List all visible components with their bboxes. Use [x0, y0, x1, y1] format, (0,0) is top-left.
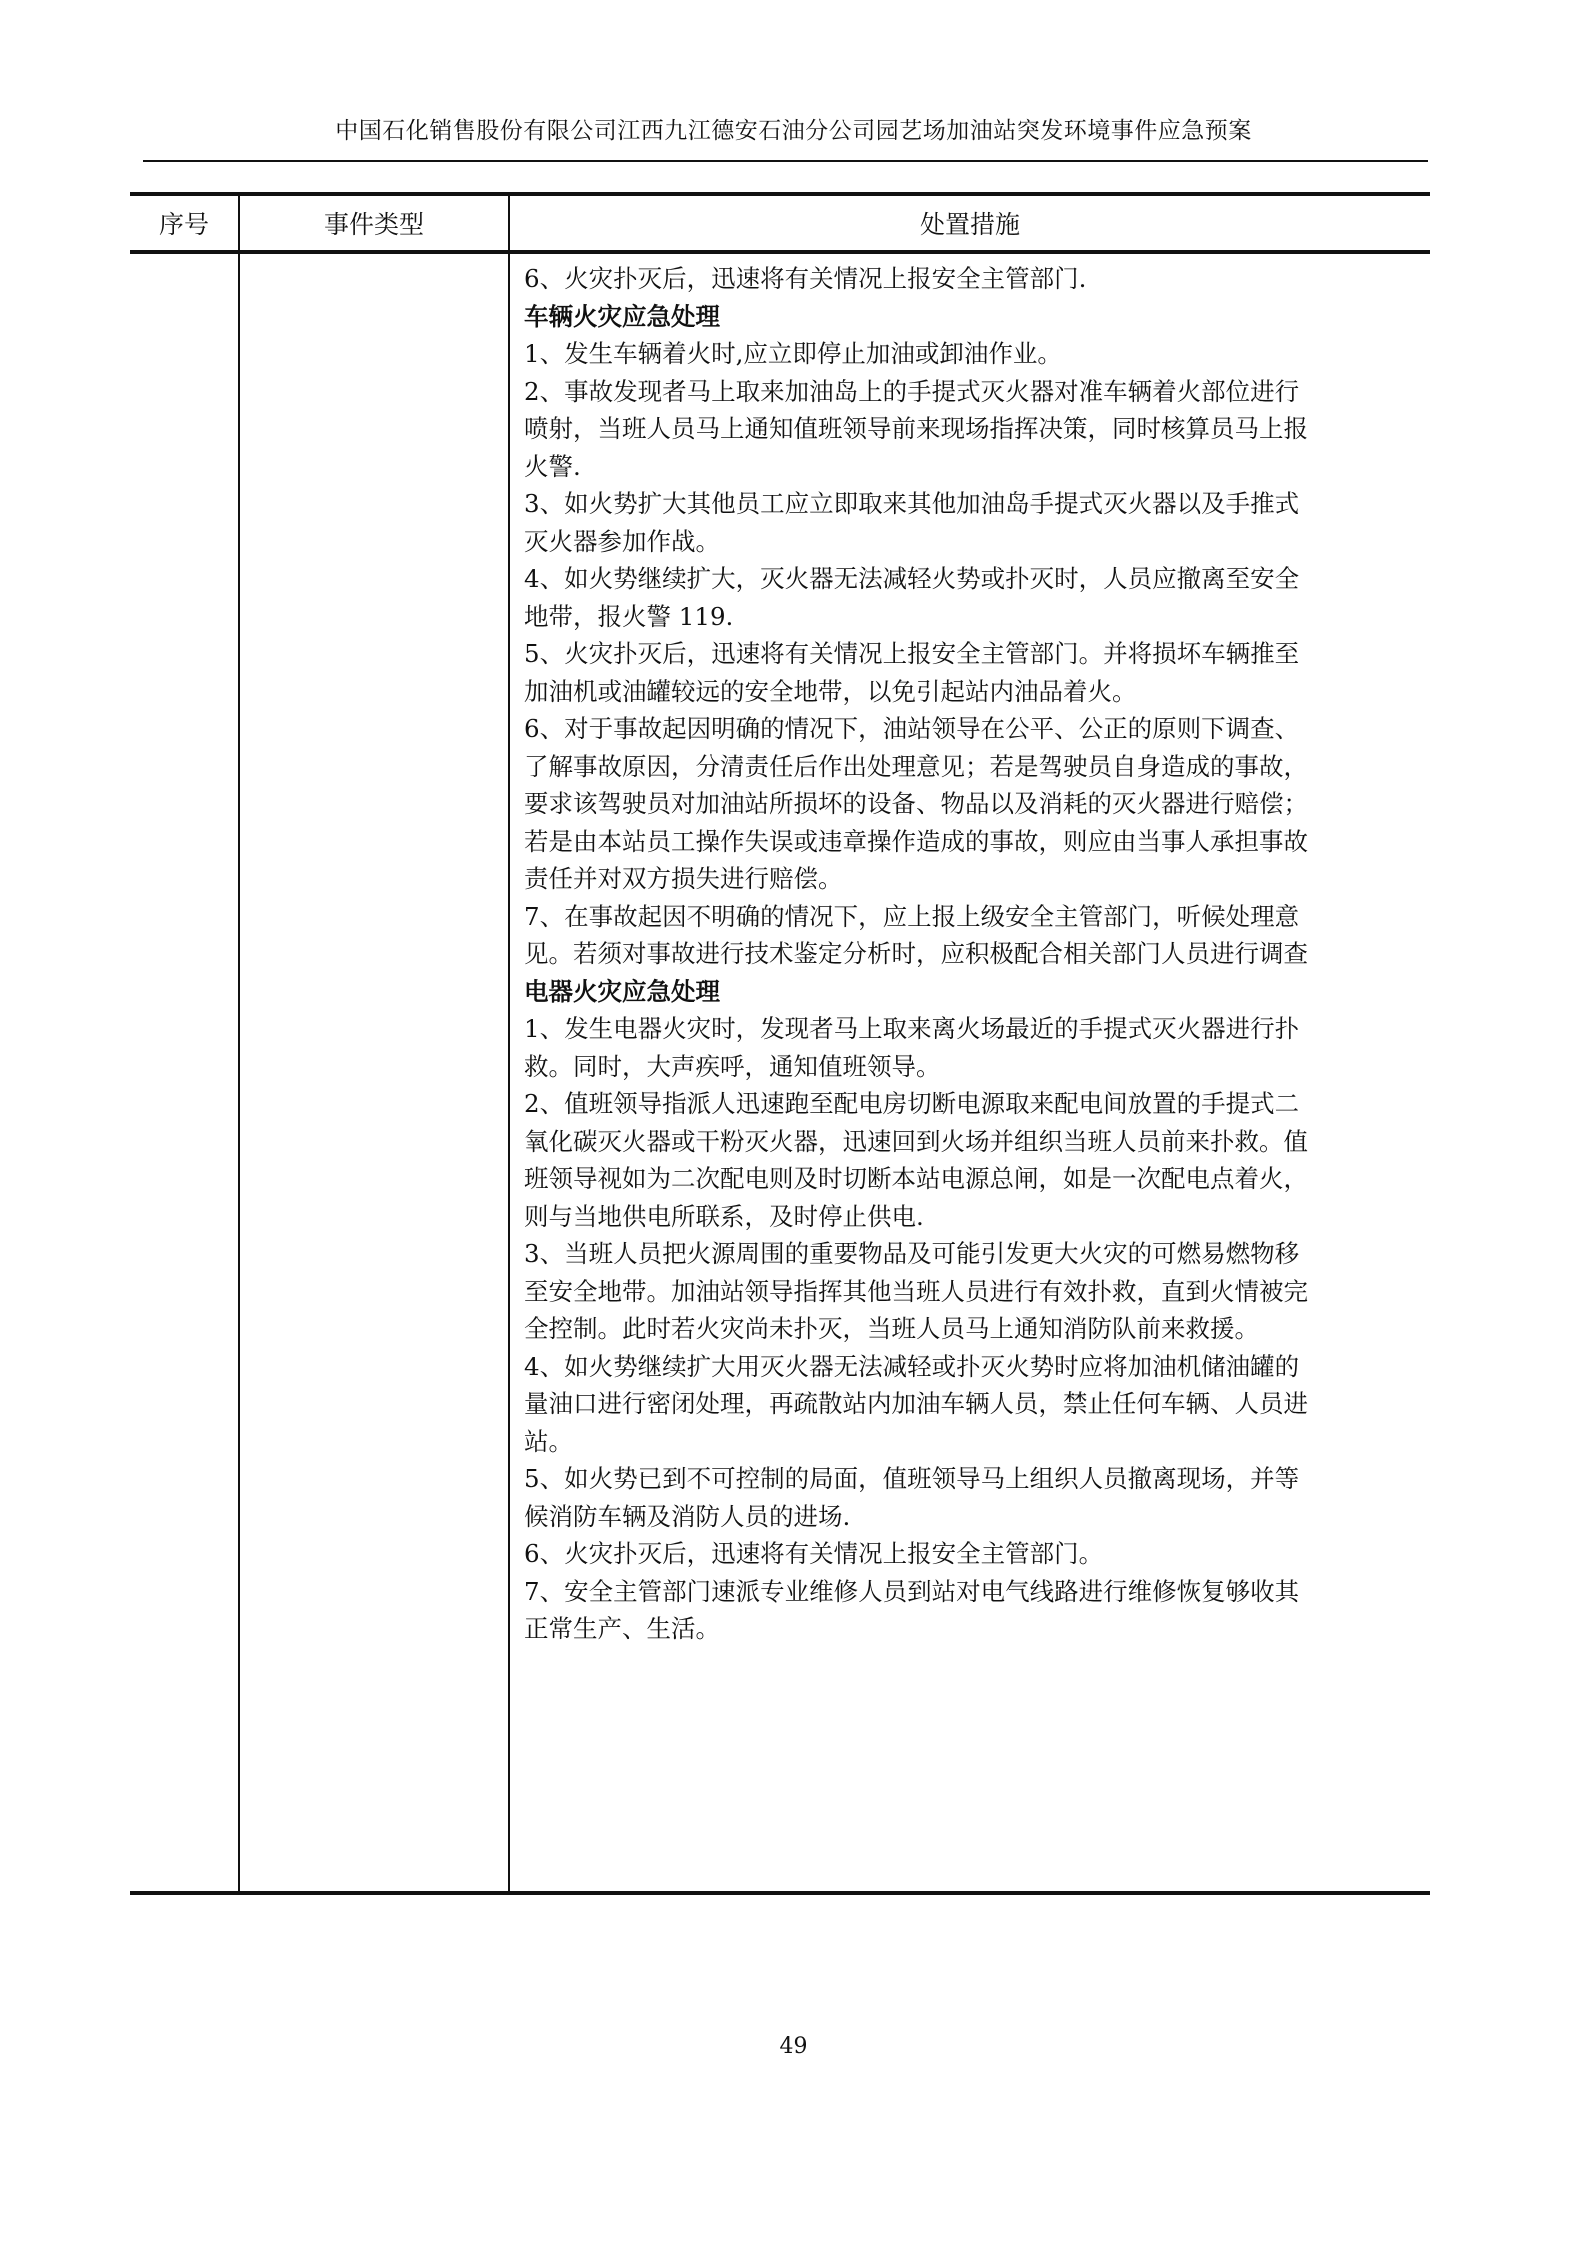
measure-line: 至安全地带。加油站领导指挥其他当班人员进行有效扑救，直到火情被完 — [524, 1273, 1420, 1311]
measure-line: 班领导视如为二次配电则及时切断本站电源总闸，如是一次配电点着火， — [524, 1160, 1420, 1198]
measure-line: 责任并对双方损失进行赔偿。 — [524, 860, 1420, 898]
measure-line: 6、火灾扑灭后，迅速将有关情况上报安全主管部门. — [524, 260, 1420, 298]
measure-line: 1、发生车辆着火时,应立即停止加油或卸油作业。 — [524, 335, 1420, 373]
header-rule — [143, 160, 1428, 162]
measure-line: 见。若须对事故进行技术鉴定分析时，应积极配合相关部门人员进行调查 — [524, 935, 1420, 973]
measures-content: 6、火灾扑灭后，迅速将有关情况上报安全主管部门.车辆火灾应急处理1、发生车辆着火… — [510, 254, 1430, 1656]
measure-line: 全控制。此时若火灾尚未扑灭，当班人员马上通知消防队前来救援。 — [524, 1310, 1420, 1348]
measure-line: 5、如火势已到不可控制的局面，值班领导马上组织人员撤离现场，并等 — [524, 1460, 1420, 1498]
table-row: 6、火灾扑灭后，迅速将有关情况上报安全主管部门.车辆火灾应急处理1、发生车辆着火… — [130, 252, 1430, 1893]
measure-line: 2、值班领导指派人迅速跑至配电房切断电源取来配电间放置的手提式二 — [524, 1085, 1420, 1123]
measure-line: 4、如火势继续扩大，灭火器无法减轻火势或扑灭时，人员应撤离至安全 — [524, 560, 1420, 598]
measure-line: 6、火灾扑灭后，迅速将有关情况上报安全主管部门。 — [524, 1535, 1420, 1573]
measure-line: 3、当班人员把火源周围的重要物品及可能引发更大火灾的可燃易燃物移 — [524, 1235, 1420, 1273]
measure-line: 地带，报火警 119. — [524, 598, 1420, 636]
column-header-measures: 处置措施 — [509, 194, 1430, 252]
running-header: 中国石化销售股份有限公司江西九江德安石油分公司园艺场加油站突发环境事件应急预案 — [0, 112, 1587, 145]
section-heading: 电器火灾应急处理 — [524, 973, 1420, 1011]
measure-line: 站。 — [524, 1423, 1420, 1461]
cell-event-type — [239, 252, 509, 1893]
measure-line: 5、火灾扑灭后，迅速将有关情况上报安全主管部门。并将损坏车辆推至 — [524, 635, 1420, 673]
column-header-seq: 序号 — [130, 194, 239, 252]
measure-line: 氧化碳灭火器或干粉灭火器，迅速回到火场并组织当班人员前来扑救。值 — [524, 1123, 1420, 1161]
cell-measures: 6、火灾扑灭后，迅速将有关情况上报安全主管部门.车辆火灾应急处理1、发生车辆着火… — [509, 252, 1430, 1893]
measure-line: 候消防车辆及消防人员的进场. — [524, 1498, 1420, 1536]
column-header-event-type: 事件类型 — [239, 194, 509, 252]
measure-line: 7、安全主管部门速派专业维修人员到站对电气线路进行维修恢复够收其 — [524, 1573, 1420, 1611]
measure-line: 则与当地供电所联系，及时停止供电. — [524, 1198, 1420, 1236]
measure-line: 1、发生电器火灾时，发现者马上取来离火场最近的手提式灭火器进行扑 — [524, 1010, 1420, 1048]
measure-line: 3、如火势扩大其他员工应立即取来其他加油岛手提式灭火器以及手推式 — [524, 485, 1420, 523]
measure-line: 若是由本站员工操作失误或违章操作造成的事故，则应由当事人承担事故 — [524, 823, 1420, 861]
table-header-row: 序号 事件类型 处置措施 — [130, 194, 1430, 252]
measure-line: 了解事故原因，分清责任后作出处理意见；若是驾驶员自身造成的事故， — [524, 748, 1420, 786]
measure-line: 6、对于事故起因明确的情况下，油站领导在公平、公正的原则下调查、 — [524, 710, 1420, 748]
measure-line: 救。同时，大声疾呼，通知值班领导。 — [524, 1048, 1420, 1086]
section-heading: 车辆火灾应急处理 — [524, 298, 1420, 336]
measure-line: 2、事故发现者马上取来加油岛上的手提式灭火器对准车辆着火部位进行 — [524, 373, 1420, 411]
measure-line: 7、在事故起因不明确的情况下，应上报上级安全主管部门，听候处理意 — [524, 898, 1420, 936]
measure-line: 喷射，当班人员马上通知值班领导前来现场指挥决策，同时核算员马上报 — [524, 410, 1420, 448]
cell-seq — [130, 252, 239, 1893]
measure-line: 灭火器参加作战。 — [524, 523, 1420, 561]
page-number: 49 — [0, 2034, 1587, 2059]
measure-line: 火警. — [524, 448, 1420, 486]
measure-line: 4、如火势继续扩大用灭火器无法减轻或扑灭火势时应将加油机储油罐的 — [524, 1348, 1420, 1386]
emergency-measures-table: 序号 事件类型 处置措施 6、火灾扑灭后，迅速将有关情况上报安全主管部门.车辆火… — [130, 192, 1430, 1895]
measure-line: 加油机或油罐较远的安全地带，以免引起站内油品着火。 — [524, 673, 1420, 711]
measure-line: 正常生产、生活。 — [524, 1610, 1420, 1648]
measure-line: 要求该驾驶员对加油站所损坏的设备、物品以及消耗的灭火器进行赔偿； — [524, 785, 1420, 823]
measure-line: 量油口进行密闭处理，再疏散站内加油车辆人员，禁止任何车辆、人员进 — [524, 1385, 1420, 1423]
